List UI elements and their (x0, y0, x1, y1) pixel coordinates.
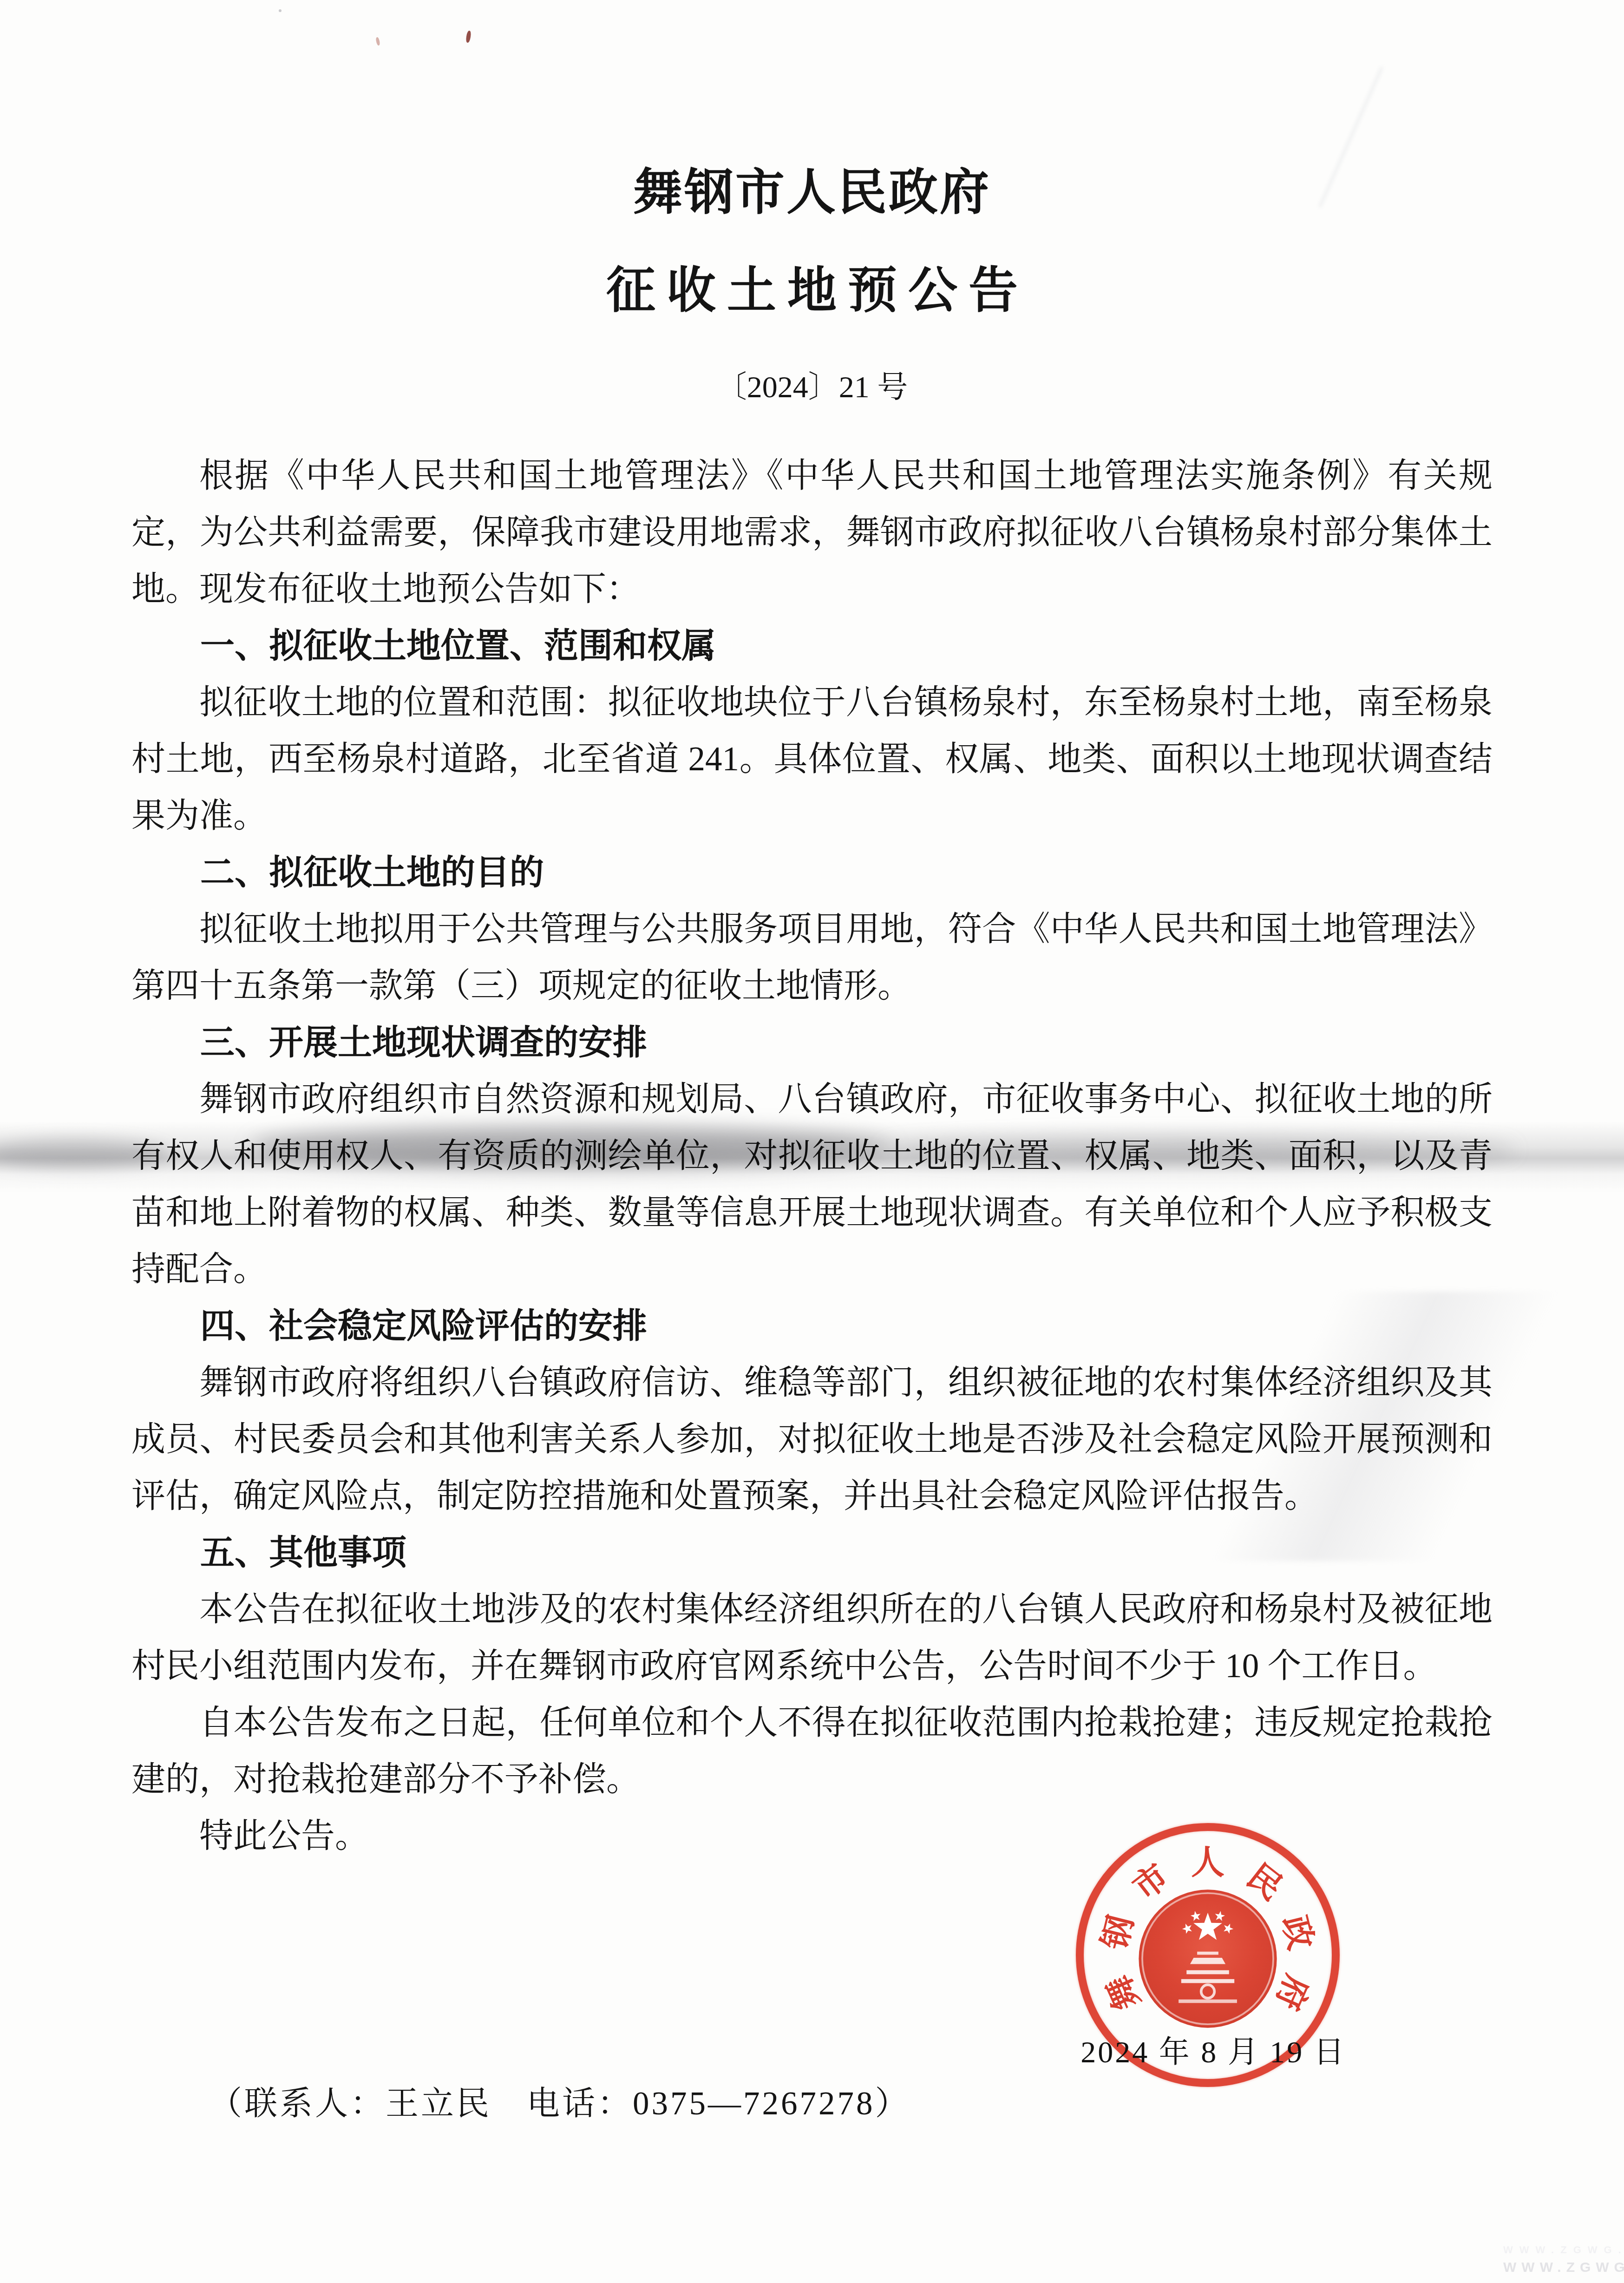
document-number: 〔2024〕21 号 (131, 372, 1493, 403)
watermark-ghost: WWW.ZGWG.GOV.CN (1503, 2244, 1624, 2256)
body-text: 根据《中华人民共和国土地管理法》《中华人民共和国土地管理法实施条例》有关规定，为… (131, 447, 1493, 1864)
document-body: 舞钢市人民政府 征收土地预公告 〔2024〕21 号 根据《中华人民共和国土地管… (131, 165, 1493, 1864)
scan-speck (375, 37, 380, 46)
section-2-paragraph: 拟征收土地拟用于公共管理与公共服务项目用地，符合《中华人民共和国土地管理法》第四… (131, 901, 1493, 1014)
section-1-paragraph: 拟征收土地的位置和范围：拟征收地块位于八台镇杨泉村，东至杨泉村土地，南至杨泉村土… (131, 674, 1493, 844)
section-5-paragraph-2: 自本公告发布之日起，任何单位和个人不得在拟征收范围内抢栽抢建；违反规定抢栽抢建的… (131, 1694, 1493, 1808)
section-3-paragraph: 舞钢市政府组织市自然资源和规划局、八台镇政府，市征收事务中心、拟征收土地的所有权… (131, 1071, 1493, 1298)
scanned-announcement-page: 舞钢市人民政府 征收土地预公告 〔2024〕21 号 根据《中华人民共和国土地管… (0, 0, 1624, 2283)
scan-speck (279, 9, 282, 12)
seal-arc-char: 人 (1186, 1838, 1229, 1881)
national-emblem-icon (1133, 1883, 1283, 2034)
notice-title: 征收土地预公告 (131, 263, 1493, 319)
section-4-paragraph: 舞钢市政府将组织八台镇政府信访、维稳等部门，组织被征地的农村集体经济组织及其成员… (131, 1354, 1493, 1524)
scan-speck (465, 30, 471, 43)
intro-paragraph: 根据《中华人民共和国土地管理法》《中华人民共和国土地管理法实施条例》有关规定，为… (131, 447, 1493, 617)
section-heading-5: 五、其他事项 (131, 1524, 1493, 1581)
section-heading-1: 一、拟征收土地位置、范围和权属 (131, 617, 1493, 674)
site-watermark: WWW.ZGWG.GOV.CN (1503, 2260, 1624, 2280)
issuing-authority-title: 舞钢市人民政府 (131, 165, 1493, 221)
section-heading-3: 三、开展土地现状调查的安排 (131, 1014, 1493, 1071)
section-5-paragraph-1: 本公告在拟征收土地涉及的农村集体经济组织所在的八台镇人民政府和杨泉村及被征地村民… (131, 1581, 1493, 1694)
issue-date: 2024 年 8 月 19 日 (1060, 2036, 1367, 2070)
section-heading-2: 二、拟征收土地的目的 (131, 844, 1493, 901)
section-heading-4: 四、社会稳定风险评估的安排 (131, 1298, 1493, 1354)
contact-info: （联系人：王立民 电话：0375—7267278） (209, 2085, 910, 2123)
